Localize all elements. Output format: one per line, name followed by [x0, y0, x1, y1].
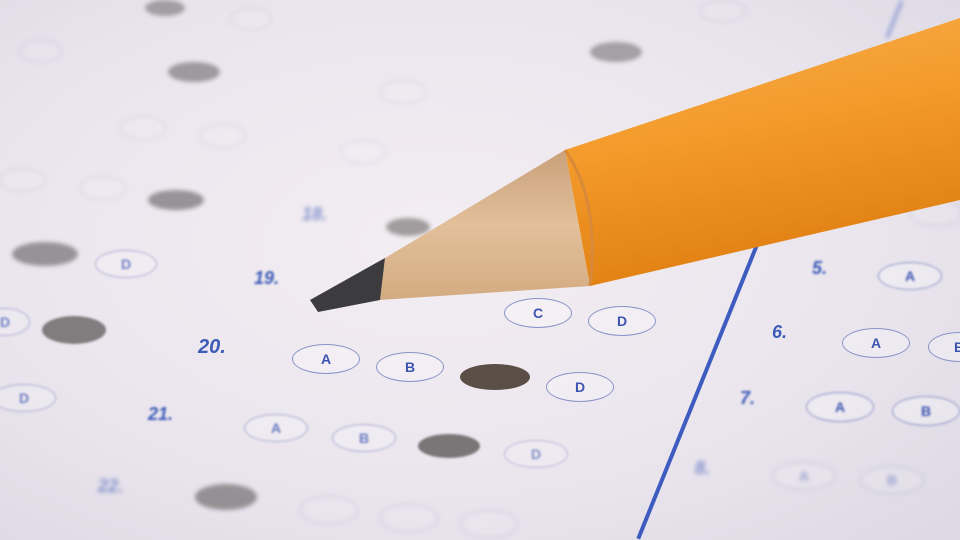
pencil-icon [0, 0, 960, 540]
answer-sheet-photo: 18. 22. 8. A B D 19. D D 21. A B D 5. A … [0, 0, 960, 540]
